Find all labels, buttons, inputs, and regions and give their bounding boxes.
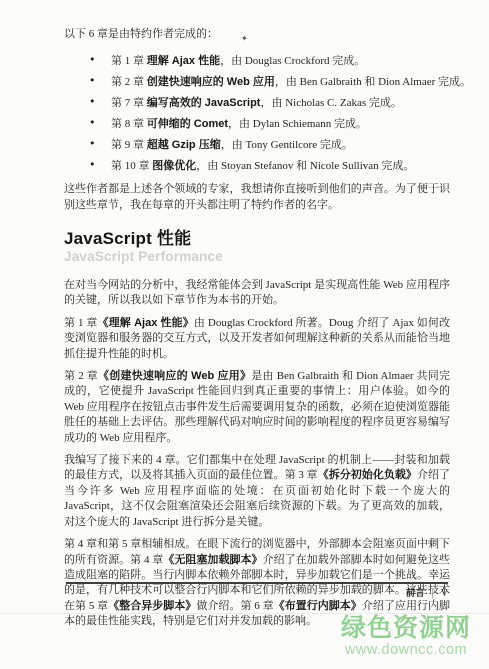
bullet-dot-icon: • <box>89 74 96 88</box>
chapter-title: 超越 Gzip 压缩 <box>147 139 221 151</box>
body-paragraph: 在对当今网站的分析中，我经常能体会到 JavaScript 是实现高性能 Web… <box>64 278 450 309</box>
footer-page-number: V <box>441 588 448 600</box>
watermark-site-url: www.downcc.com <box>341 642 471 658</box>
chapter-list-item: •第 9 章 超越 Gzip 压缩，由 Tony Gentilcore 完成。 <box>64 138 450 152</box>
chapter-number: 第 10 章 <box>111 160 152 172</box>
chapter-list-item: •第 7 章 编写高效的 JavaScript，由 Nicholas C. Za… <box>64 96 450 110</box>
chapter-author: ，由 Nicholas C. Zakas 完成。 <box>260 97 401 109</box>
chapter-list-item: •第 2 章 创建快速响应的 Web 应用，由 Ben Galbraith 和 … <box>64 75 450 89</box>
chapter-number: 第 7 章 <box>111 97 147 109</box>
chapter-author: ，由 Douglas Crockford 完成。 <box>220 55 365 67</box>
body-paragraph: 第 2 章《创建快速响应的 Web 应用》是由 Ben Galbraith 和 … <box>64 369 450 446</box>
section-heading-zh: JavaScript 性能 <box>64 229 450 248</box>
bullet-dot-icon: • <box>89 137 96 151</box>
chapter-title-reference: 《布置行内脚本》 <box>274 600 362 612</box>
chapter-title-reference: 《理解 Ajax 性能》 <box>98 317 194 329</box>
chapter-author: ，由 Stoyan Stefanov 和 Nicole Sullivan 完成。 <box>196 160 414 172</box>
chapter-title-reference: 《拆分初始化负载》 <box>318 469 417 481</box>
chapter-author: ，由 Tony Gentilcore 完成。 <box>221 139 353 151</box>
chapter-title: 可伸缩的 Comet <box>147 118 228 130</box>
footer-separator: | <box>432 588 434 600</box>
chapter-title-reference: 《整合异步脚本》 <box>108 600 196 612</box>
chapter-title-reference: 《无阻塞加载脚本》 <box>163 554 262 566</box>
paragraph-text: 第 1 章 <box>64 317 98 329</box>
chapter-number: 第 1 章 <box>111 55 147 67</box>
chapter-list-item: •第 10 章 图像优化，由 Stoyan Stefanov 和 Nicole … <box>64 159 450 173</box>
chapter-list-item: •第 1 章 理解 Ajax 性能，由 Douglas Crockford 完成… <box>64 54 450 68</box>
contributed-chapter-list: •第 1 章 理解 Ajax 性能，由 Douglas Crockford 完成… <box>64 54 450 173</box>
chapter-title: 编写高效的 JavaScript <box>147 97 261 109</box>
body-paragraph: 我编写了接下来的 4 章。它们都集中在处理 JavaScript 的机制上——封… <box>64 453 450 530</box>
chapter-number: 第 9 章 <box>111 139 147 151</box>
chapter-title-reference: 《创建快速响应的 Web 应用》 <box>98 370 251 382</box>
chapter-author: ，由 Dylan Schiemann 完成。 <box>228 118 367 130</box>
site-watermark: 绿色资源网 www.downcc.com <box>341 614 471 658</box>
watermark-site-name: 绿色资源网 <box>341 614 471 642</box>
chapter-list-item: •第 8 章 可伸缩的 Comet，由 Dylan Schiemann 完成。 <box>64 117 450 131</box>
footer-section-label: 前言 <box>406 588 425 600</box>
page-footer: 前言 | V <box>406 588 448 600</box>
chapter-author: ，由 Ben Galbraith 和 Dion Almaer 完成。 <box>275 76 471 88</box>
closing-note-paragraph: 这些作者都是上述各个领域的专家，我想请你直接听到他们的声音。为了便于识别这些章节… <box>64 182 450 213</box>
chapter-title: 图像优化 <box>152 160 196 172</box>
chapter-title: 理解 Ajax 性能 <box>147 55 220 67</box>
chapter-title: 创建快速响应的 Web 应用 <box>147 76 275 88</box>
bullet-dot-icon: • <box>89 95 96 109</box>
body-paragraphs: 在对当今网站的分析中，我经常能体会到 JavaScript 是实现高性能 Web… <box>64 278 450 630</box>
bullet-dot-icon: • <box>89 158 96 172</box>
bullet-dot-icon: • <box>89 53 96 67</box>
paragraph-text: 做介绍。第 6 章 <box>196 600 273 612</box>
bullet-dot-icon: • <box>89 116 96 130</box>
page-content: 以下 6 章是由特约作者完成的： •第 1 章 理解 Ajax 性能，由 Dou… <box>64 27 450 637</box>
section-heading-en: JavaScript Performance <box>64 249 450 265</box>
chapter-number: 第 8 章 <box>111 118 147 130</box>
intro-line: 以下 6 章是由特约作者完成的： <box>64 27 450 42</box>
body-paragraph: 第 1 章《理解 Ajax 性能》由 Douglas Crockford 所著。… <box>64 316 450 362</box>
book-page: ✦ 以下 6 章是由特约作者完成的： •第 1 章 理解 Ajax 性能，由 D… <box>0 0 489 669</box>
paragraph-text: 第 2 章 <box>64 370 98 382</box>
paragraph-text: 在对当今网站的分析中，我经常能体会到 JavaScript 是实现高性能 Web… <box>64 279 450 306</box>
footer-rule <box>66 582 448 584</box>
chapter-number: 第 2 章 <box>111 76 147 88</box>
